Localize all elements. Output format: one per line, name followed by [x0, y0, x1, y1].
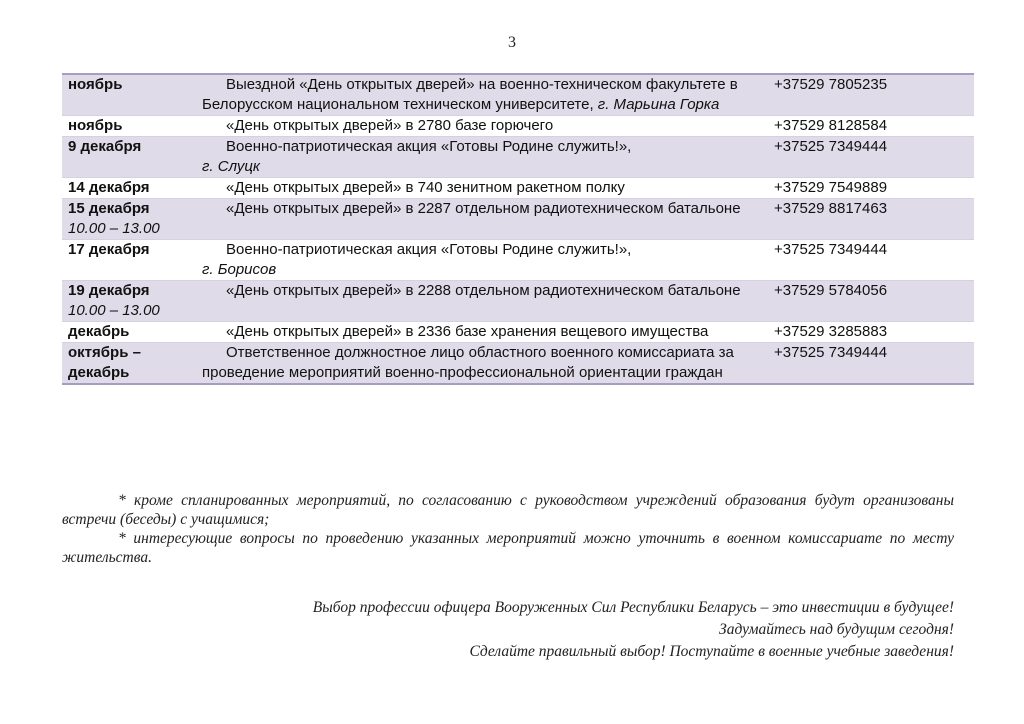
table-row: октябрь – декабрьОтветственное должностн…	[62, 343, 974, 385]
event-date: ноябрь	[62, 116, 196, 137]
event-description: «День открытых дверей» в 2336 базе хране…	[196, 322, 756, 343]
event-description: «День открытых дверей» в 2780 базе горюч…	[196, 116, 756, 137]
event-text: «День открытых дверей» в 2288 отдельном …	[226, 282, 741, 299]
table-row: ноябрь«День открытых дверей» в 2780 базе…	[62, 116, 974, 137]
date-text: 17 декабря	[68, 241, 150, 258]
time-text: 10.00 – 13.00	[68, 219, 190, 239]
event-description: Военно-патриотическая акция «Готовы Роди…	[196, 240, 756, 281]
contact-phone: +37529 3285883	[756, 322, 974, 343]
event-text: Ответственное должностное лицо областног…	[202, 344, 734, 381]
footnote: * кроме спланированных мероприятий, по с…	[62, 491, 954, 529]
table-row: ноябрьВыездной «День открытых дверей» на…	[62, 74, 974, 116]
event-date: ноябрь	[62, 74, 196, 116]
event-date: 15 декабря10.00 – 13.00	[62, 199, 196, 240]
event-text: Военно-патриотическая акция «Готовы Роди…	[226, 241, 631, 258]
events-table: ноябрьВыездной «День открытых дверей» на…	[62, 73, 974, 385]
date-text: 15 декабря	[68, 200, 150, 217]
event-text: «День открытых дверей» в 2780 базе горюч…	[226, 117, 553, 134]
contact-phone: +37529 8128584	[756, 116, 974, 137]
event-description: «День открытых дверей» в 2287 отдельном …	[196, 199, 756, 240]
slogan: Сделайте правильный выбор! Поступайте в …	[313, 641, 954, 663]
footnote: * интересующие вопросы по проведению ука…	[62, 529, 954, 567]
contact-phone: +37529 5784056	[756, 281, 974, 322]
contact-phone: +37529 7805235	[756, 74, 974, 116]
slogans: Выбор профессии офицера Вооруженных Сил …	[313, 597, 954, 663]
event-description: Военно-патриотическая акция «Готовы Роди…	[196, 137, 756, 178]
event-date: 9 декабря	[62, 137, 196, 178]
date-text: 9 декабря	[68, 138, 141, 155]
table-row: 17 декабряВоенно-патриотическая акция «Г…	[62, 240, 974, 281]
time-text: 10.00 – 13.00	[68, 301, 190, 321]
contact-phone: +37525 7349444	[756, 137, 974, 178]
date-text: декабрь	[68, 323, 129, 340]
event-text: «День открытых дверей» в 2287 отдельном …	[226, 200, 741, 217]
slogan: Выбор профессии офицера Вооруженных Сил …	[313, 597, 954, 619]
slogan: Задумайтесь над будущим сегодня!	[313, 619, 954, 641]
event-description: «День открытых дверей» в 740 зенитном ра…	[196, 178, 756, 199]
date-text: октябрь – декабрь	[68, 344, 141, 381]
table-row: декабрь«День открытых дверей» в 2336 баз…	[62, 322, 974, 343]
event-place: г. Слуцк	[202, 157, 750, 177]
contact-phone: +37525 7349444	[756, 343, 974, 385]
footnotes: * кроме спланированных мероприятий, по с…	[62, 491, 954, 567]
event-date: 19 декабря10.00 – 13.00	[62, 281, 196, 322]
event-place: г. Борисов	[202, 260, 750, 280]
event-date: 17 декабря	[62, 240, 196, 281]
event-description: Ответственное должностное лицо областног…	[196, 343, 756, 385]
table-row: 19 декабря10.00 – 13.00«День открытых дв…	[62, 281, 974, 322]
page-number: 3	[0, 34, 1024, 52]
event-description: «День открытых дверей» в 2288 отдельном …	[196, 281, 756, 322]
event-text: «День открытых дверей» в 740 зенитном ра…	[226, 179, 625, 196]
event-description: Выездной «День открытых дверей» на военн…	[196, 74, 756, 116]
table-row: 9 декабряВоенно-патриотическая акция «Го…	[62, 137, 974, 178]
event-text: «День открытых дверей» в 2336 базе хране…	[226, 323, 708, 340]
event-text: Военно-патриотическая акция «Готовы Роди…	[226, 138, 631, 155]
date-text: ноябрь	[68, 117, 122, 134]
table-row: 14 декабря«День открытых дверей» в 740 з…	[62, 178, 974, 199]
date-text: 19 декабря	[68, 282, 150, 299]
event-date: октябрь – декабрь	[62, 343, 196, 385]
date-text: 14 декабря	[68, 179, 150, 196]
event-place: г. Марьина Горка	[598, 96, 720, 113]
contact-phone: +37529 7549889	[756, 178, 974, 199]
contact-phone: +37525 7349444	[756, 240, 974, 281]
table-row: 15 декабря10.00 – 13.00«День открытых дв…	[62, 199, 974, 240]
event-date: 14 декабря	[62, 178, 196, 199]
event-date: декабрь	[62, 322, 196, 343]
date-text: ноябрь	[68, 76, 122, 93]
contact-phone: +37529 8817463	[756, 199, 974, 240]
